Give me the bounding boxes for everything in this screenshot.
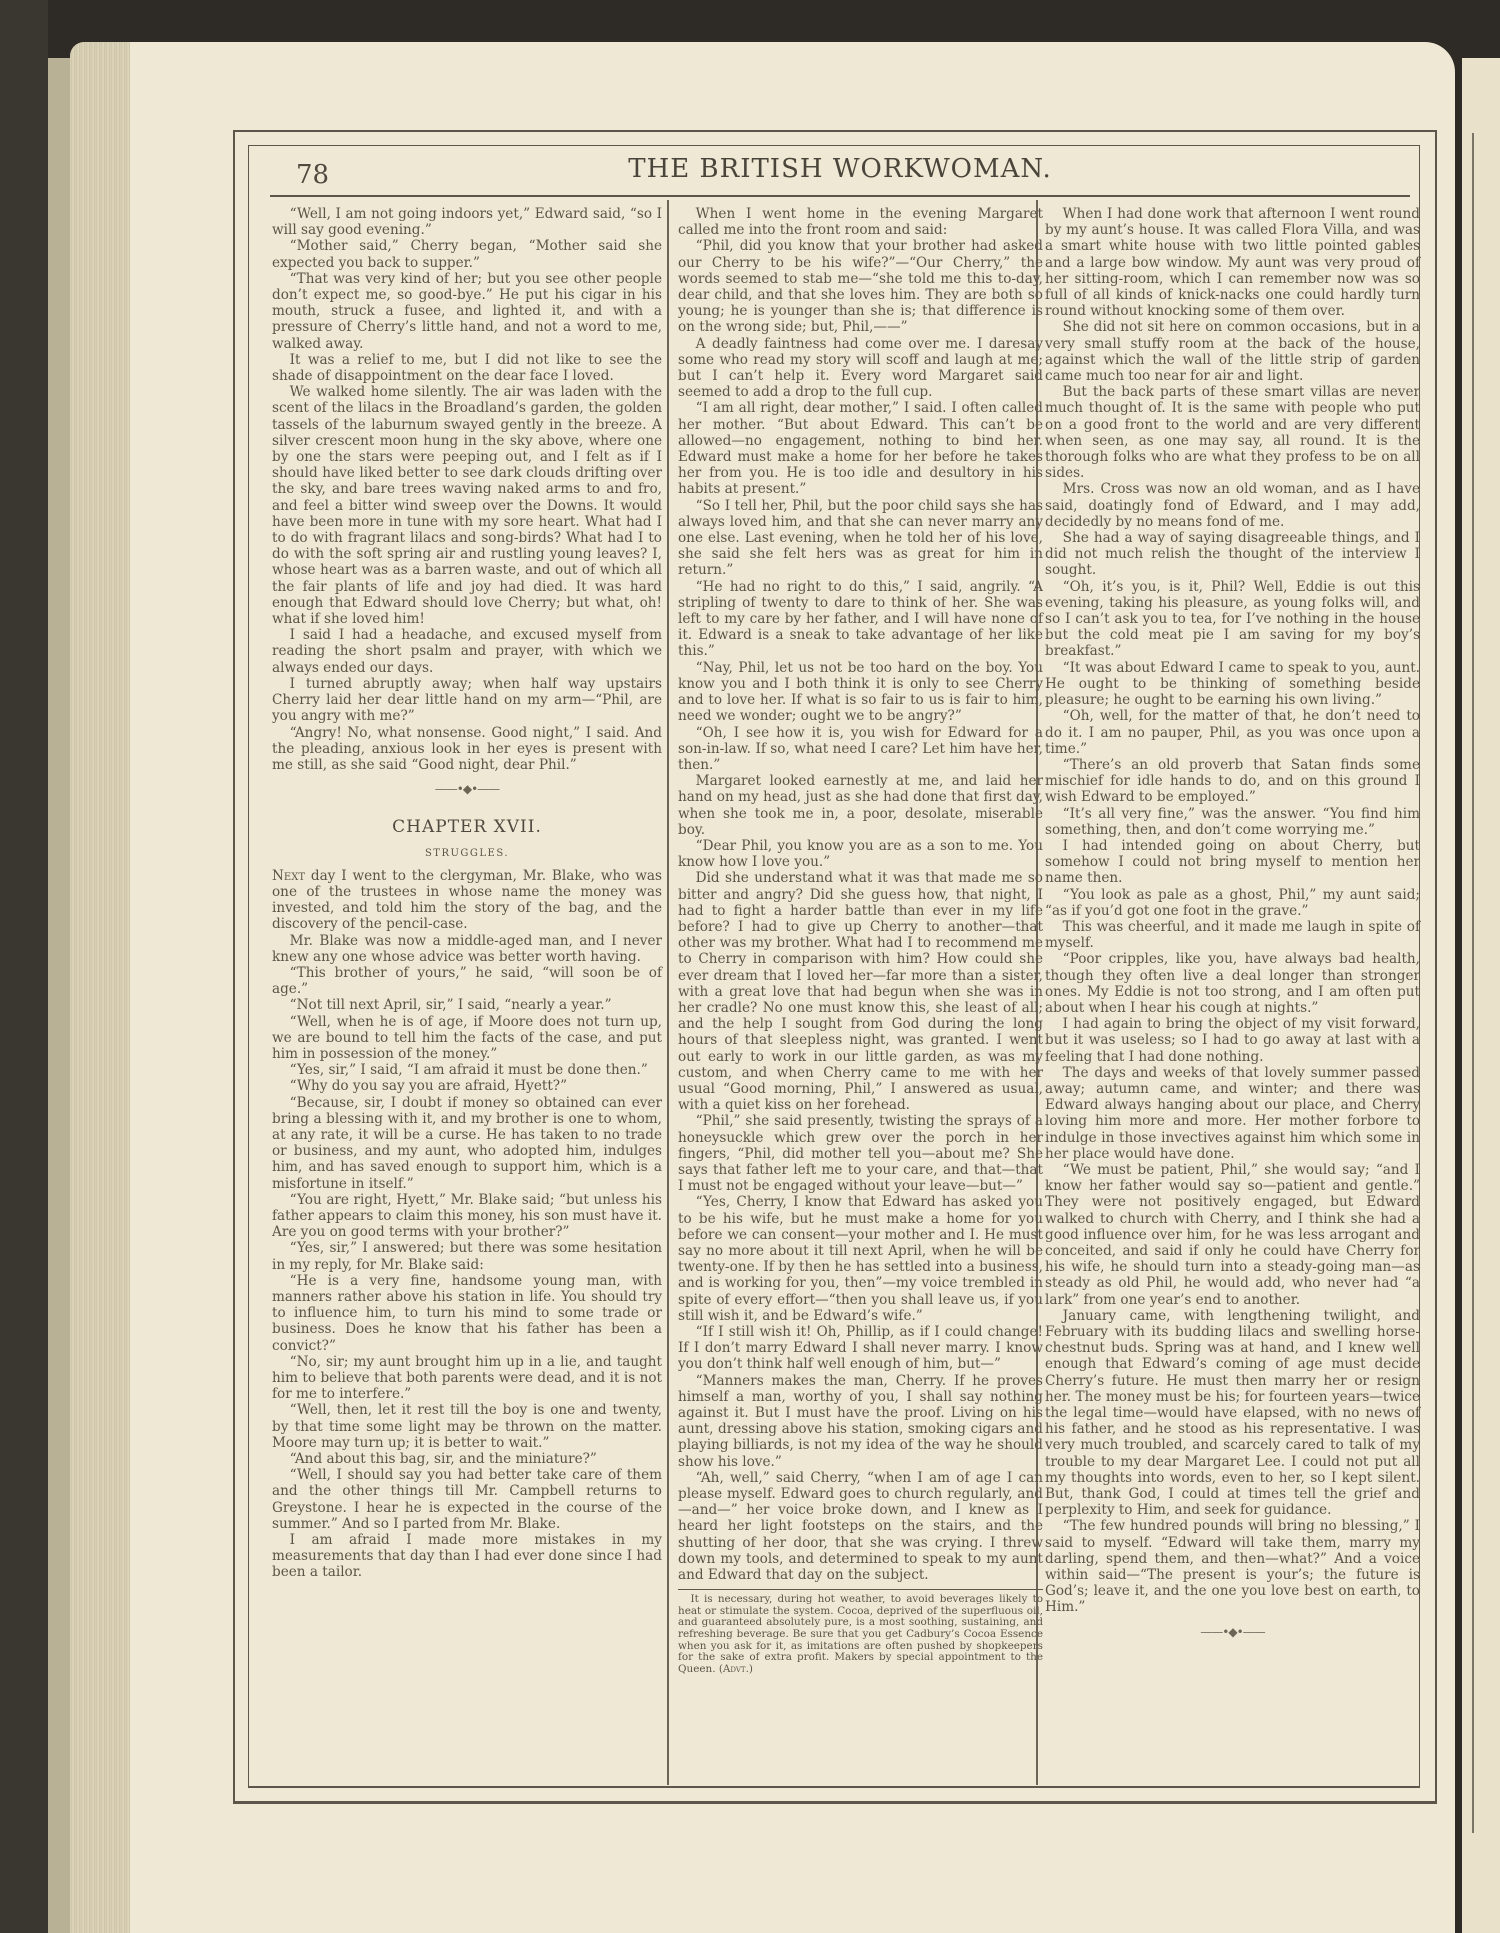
paragraph-text: day I went to the clergyman, Mr. Blake, … — [272, 868, 662, 933]
paragraph: “If I still wish it! Oh, Phillip, as if … — [678, 1324, 1043, 1373]
paragraph: A deadly faintness had come over me. I d… — [678, 336, 1043, 401]
paragraph: “Manners makes the man, Cherry. If he pr… — [678, 1373, 1043, 1470]
paragraph: It was a relief to me, but I did not lik… — [272, 352, 662, 384]
paragraph: “Well, when he is of age, if Moore does … — [272, 1014, 662, 1063]
paragraph: When I had done work that afternoon I we… — [1045, 206, 1420, 319]
chapter-title: CHAPTER XVII. — [272, 819, 662, 835]
bottom-rule-outer — [233, 1801, 1435, 1803]
paragraph: “Poor cripples, like you, have always ba… — [1045, 951, 1420, 1016]
paragraph: “I am all right, dear mother,” I said. I… — [678, 400, 1043, 497]
paragraph: “Not till next April, sir,” I said, “nea… — [272, 997, 662, 1013]
drop-word: Next — [272, 868, 305, 884]
paragraph: “We must be patient, Phil,” she would sa… — [1045, 1162, 1420, 1308]
paragraph: “Well, then, let it rest till the boy is… — [272, 1402, 662, 1451]
book-edge-shadow — [48, 58, 70, 1933]
header-rule — [270, 195, 1410, 197]
section-ornament: ——•◆•—— — [272, 781, 662, 797]
column-divider-1 — [667, 200, 669, 1785]
paragraph: “It’s all very fine,” was the answer. “Y… — [1045, 806, 1420, 838]
advert-tag: (Advt.) — [719, 1663, 753, 1675]
paragraph: But the back parts of these smart villas… — [1045, 384, 1420, 481]
paragraph: Mrs. Cross was now an old woman, and as … — [1045, 481, 1420, 530]
paragraph: “Because, sir, I doubt if money so obtai… — [272, 1095, 662, 1192]
adjacent-page — [1462, 58, 1500, 1933]
bottom-rule-inner — [248, 1786, 1420, 1788]
paragraph: “Well, I am not going indoors yet,” Edwa… — [272, 206, 662, 238]
paragraph: The days and weeks of that lovely summer… — [1045, 1065, 1420, 1162]
paragraph: “Phil, did you know that your brother ha… — [678, 238, 1043, 335]
paragraph: “The few hundred pounds will bring no bl… — [1045, 1518, 1420, 1615]
paragraph: “Yes, sir,” I answered; but there was so… — [272, 1240, 662, 1272]
page-header: 78 THE BRITISH WORKWOMAN. — [270, 148, 1410, 192]
journal-title: THE BRITISH WORKWOMAN. — [270, 154, 1410, 184]
paragraph: “You look as pale as a ghost, Phil,” my … — [1045, 887, 1420, 919]
chapter-subtitle: STRUGGLES. — [272, 846, 662, 862]
book-page-edges — [70, 42, 134, 1933]
binding-background — [0, 0, 48, 1933]
paragraph: “Yes, Cherry, I know that Edward has ask… — [678, 1194, 1043, 1324]
cocoa-advertisement: It is necessary, during hot weather, to … — [678, 1594, 1043, 1675]
adjacent-page-border — [1472, 133, 1474, 1833]
paragraph: “Oh, it’s you, is it, Phil? Well, Eddie … — [1045, 579, 1420, 660]
paragraph: Mr. Blake was now a middle-aged man, and… — [272, 933, 662, 965]
paragraph: I turned abruptly away; when half way up… — [272, 676, 662, 725]
paragraph: “You are right, Hyett,” Mr. Blake said; … — [272, 1192, 662, 1241]
paragraph: “No, sir; my aunt brought him up in a li… — [272, 1354, 662, 1403]
chapter-opening-paragraph: Next day I went to the clergyman, Mr. Bl… — [272, 868, 662, 933]
column-1: “Well, I am not going indoors yet,” Edwa… — [272, 206, 662, 1581]
paragraph: Margaret looked earnestly at me, and lai… — [678, 773, 1043, 838]
paragraph: “Dear Phil, you know you are as a son to… — [678, 838, 1043, 870]
paragraph: “There’s an old proverb that Satan finds… — [1045, 757, 1420, 806]
paragraph: “Yes, sir,” I said, “I am afraid it must… — [272, 1062, 662, 1078]
paragraph: I had again to bring the object of my vi… — [1045, 1016, 1420, 1065]
paragraph: “Mother said,” Cherry began, “Mother sai… — [272, 238, 662, 270]
paragraph: Did she understand what it was that made… — [678, 870, 1043, 1113]
paragraph: This was cheerful, and it made me laugh … — [1045, 919, 1420, 951]
paragraph: When I went home in the evening Margaret… — [678, 206, 1043, 238]
paragraph: I had intended going on about Cherry, bu… — [1045, 838, 1420, 887]
paragraph: “Ah, well,” said Cherry, “when I am of a… — [678, 1470, 1043, 1583]
paragraph: “That was very kind of her; but you see … — [272, 271, 662, 352]
paragraph: “Why do you say you are afraid, Hyett?” — [272, 1078, 662, 1094]
column-2: When I went home in the evening Margaret… — [678, 206, 1043, 1675]
section-end-ornament: ——•◆•—— — [1045, 1624, 1420, 1640]
paragraph: I said I had a headache, and excused mys… — [272, 627, 662, 676]
paragraph: “Oh, I see how it is, you wish for Edwar… — [678, 725, 1043, 774]
paragraph: She had a way of saying disagreeable thi… — [1045, 530, 1420, 579]
paragraph: “Oh, well, for the matter of that, he do… — [1045, 708, 1420, 757]
paragraph: She did not sit here on common occasions… — [1045, 319, 1420, 384]
paragraph: “He is a very fine, handsome young man, … — [272, 1273, 662, 1354]
advert-rule — [678, 1589, 1043, 1590]
paragraph: “Nay, Phil, let us not be too hard on th… — [678, 660, 1043, 725]
paragraph: We walked home silently. The air was lad… — [272, 384, 662, 627]
paragraph: “It was about Edward I came to speak to … — [1045, 660, 1420, 709]
paragraph: “Phil,” she said presently, twisting the… — [678, 1113, 1043, 1194]
paragraph: “And about this bag, sir, and the miniat… — [272, 1451, 662, 1467]
paragraph: “Angry! No, what nonsense. Good night,” … — [272, 725, 662, 774]
paragraph: January came, with lengthening twilight,… — [1045, 1308, 1420, 1519]
paragraph: “Well, I should say you had better take … — [272, 1467, 662, 1532]
paragraph: I am afraid I made more mistakes in my m… — [272, 1532, 662, 1581]
paragraph: “He had no right to do this,” I said, an… — [678, 579, 1043, 660]
paragraph: “This brother of yours,” he said, “will … — [272, 965, 662, 997]
paragraph: “So I tell her, Phil, but the poor child… — [678, 498, 1043, 579]
column-3: When I had done work that afternoon I we… — [1045, 206, 1420, 1662]
